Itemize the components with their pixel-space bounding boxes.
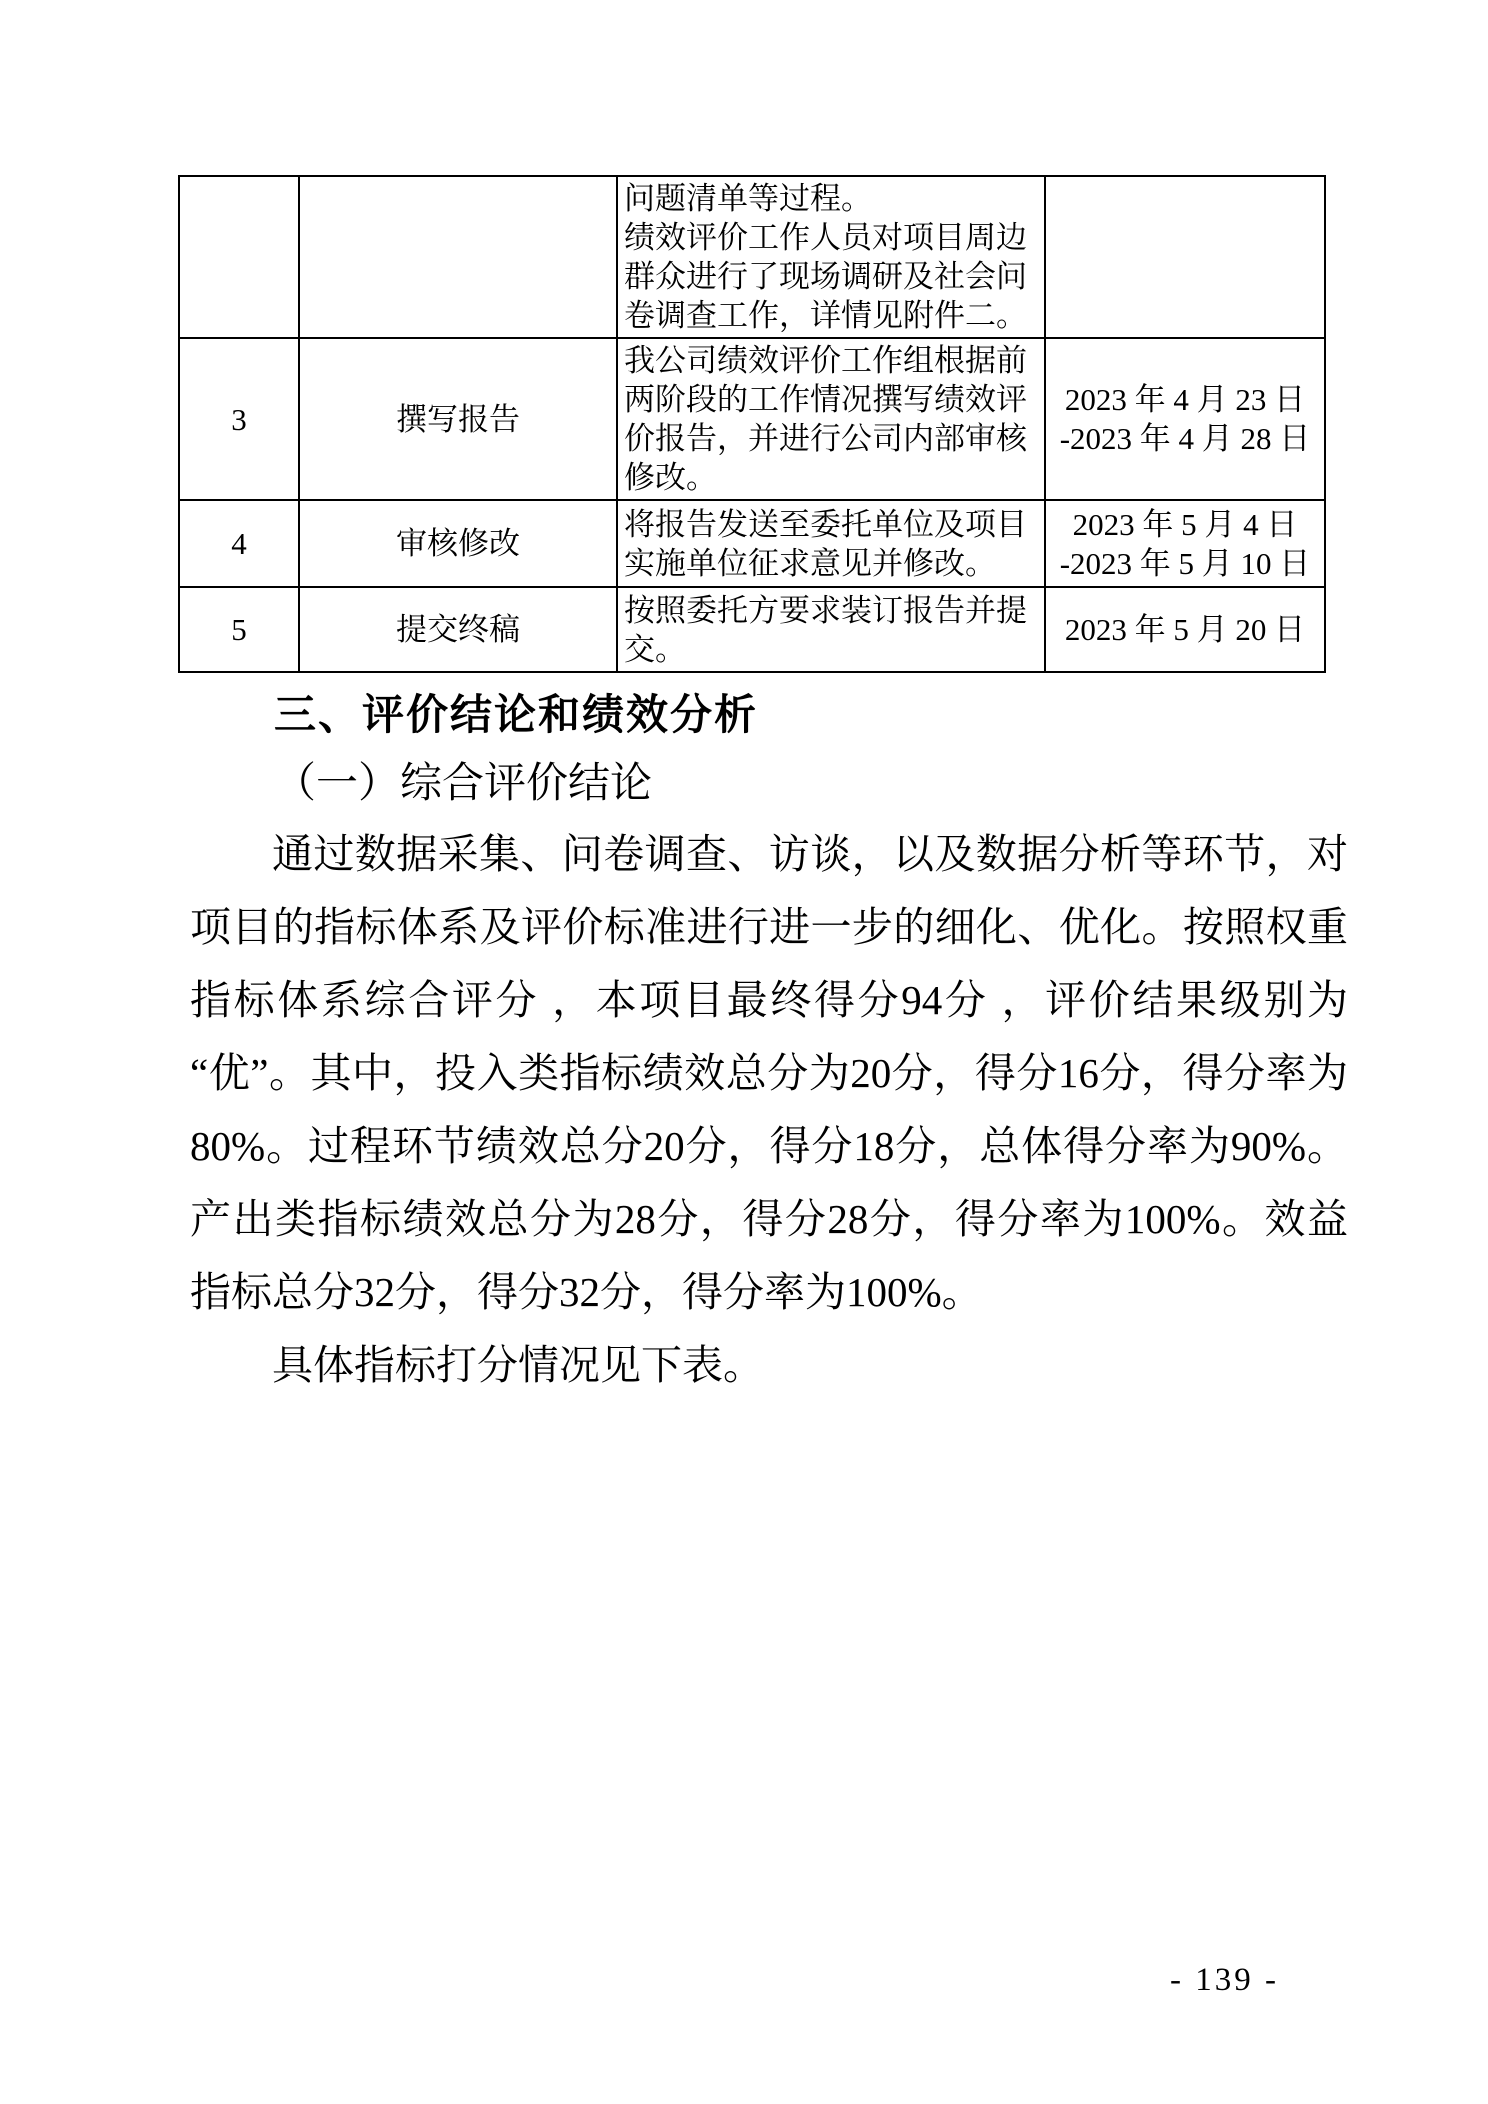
cell-stage: 撰写报告 xyxy=(299,338,617,500)
cell-seq xyxy=(179,176,299,338)
cell-seq: 5 xyxy=(179,587,299,672)
table-row-3: 3 撰写报告 我公司绩效评价工作组根据前两阶段的工作情况撰写绩效评价报告，并进行… xyxy=(179,338,1325,500)
cell-seq: 3 xyxy=(179,338,299,500)
cell-description: 问题清单等过程。 绩效评价工作人员对项目周边群众进行了现场调研及社会问卷调查工作… xyxy=(617,176,1045,338)
table-row-4: 4 审核修改 将报告发送至委托单位及项目实施单位征求意见并修改。 2023 年 … xyxy=(179,500,1325,587)
cell-description: 将报告发送至委托单位及项目实施单位征求意见并修改。 xyxy=(617,500,1045,587)
table-row-5: 5 提交终稿 按照委托方要求装订报告并提交。 2023 年 5 月 20 日 xyxy=(179,587,1325,672)
cell-stage xyxy=(299,176,617,338)
cell-date xyxy=(1045,176,1325,338)
note-paragraph: 具体指标打分情况见下表。 xyxy=(190,1329,1348,1402)
work-schedule-table: 问题清单等过程。 绩效评价工作人员对项目周边群众进行了现场调研及社会问卷调查工作… xyxy=(178,175,1326,673)
cell-description: 我公司绩效评价工作组根据前两阶段的工作情况撰写绩效评价报告，并进行公司内部审核修… xyxy=(617,338,1045,500)
cell-date: 2023 年 4 月 23 日 -2023 年 4 月 28 日 xyxy=(1045,338,1325,500)
section-heading: 三、评价结论和绩效分析 xyxy=(190,690,1350,740)
subsection-heading: （一）综合评价结论 xyxy=(190,758,1350,811)
page-number: - 139 - xyxy=(1170,1962,1279,1999)
cell-description: 按照委托方要求装订报告并提交。 xyxy=(617,587,1045,672)
cell-stage: 审核修改 xyxy=(299,500,617,587)
summary-paragraph: 通过数据采集、问卷调查、访谈，以及数据分析等环节，对项目的指标体系及评价标准进行… xyxy=(190,818,1348,1329)
cell-seq: 4 xyxy=(179,500,299,587)
table-row-continuation: 问题清单等过程。 绩效评价工作人员对项目周边群众进行了现场调研及社会问卷调查工作… xyxy=(179,176,1325,338)
cell-date: 2023 年 5 月 20 日 xyxy=(1045,587,1325,672)
document-page: 问题清单等过程。 绩效评价工作人员对项目周边群众进行了现场调研及社会问卷调查工作… xyxy=(0,0,1488,2104)
cell-stage: 提交终稿 xyxy=(299,587,617,672)
body-text-block: 通过数据采集、问卷调查、访谈，以及数据分析等环节，对项目的指标体系及评价标准进行… xyxy=(190,818,1348,1402)
cell-date: 2023 年 5 月 4 日 -2023 年 5 月 10 日 xyxy=(1045,500,1325,587)
